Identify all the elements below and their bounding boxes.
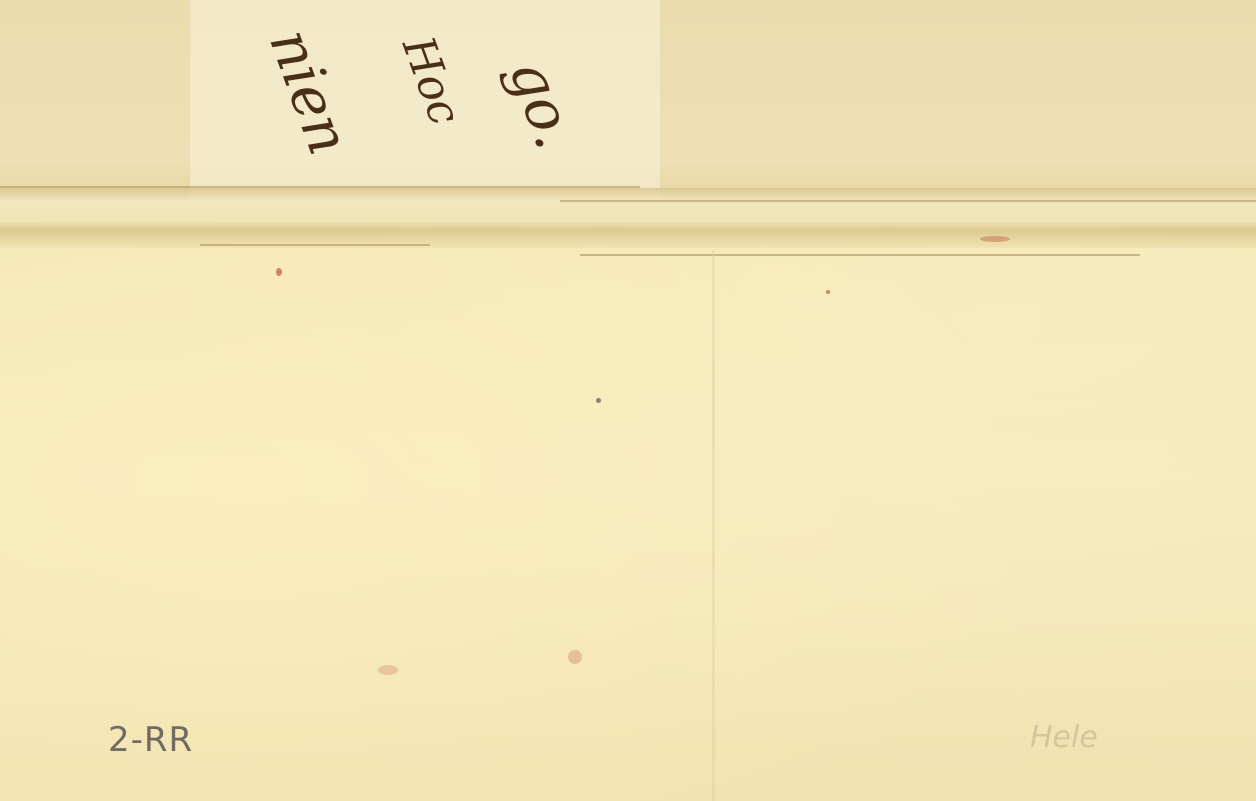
stain-spot [596,398,601,403]
stain-spot [276,268,282,276]
torn-fold-seam [0,188,1256,248]
stain-spot [826,290,830,294]
faint-pencil-note: Hele [1030,720,1098,755]
stain-spot [378,665,398,675]
stain-spot [568,650,582,664]
fold-edge [560,200,1256,202]
vertical-crease [712,250,715,801]
fold-edge [200,244,430,246]
stain-spot [980,236,1010,242]
fold-edge [0,186,640,188]
fold-edge [580,254,1140,256]
pencil-note-2rr: 2-RR [108,720,193,760]
